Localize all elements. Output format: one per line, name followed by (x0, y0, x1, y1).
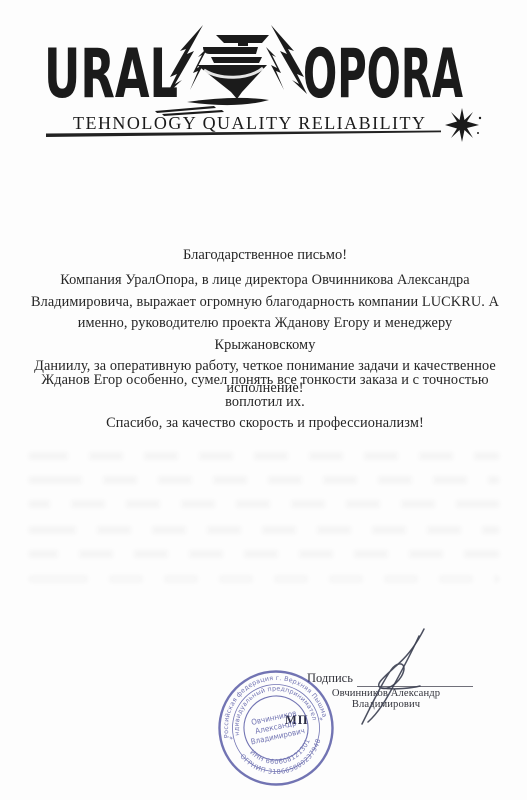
bleed-through-artifact (28, 575, 500, 583)
bleed-through-artifact (28, 500, 500, 508)
brand-wordmark-left: URAL (44, 35, 178, 114)
brand-wordmark-right: OPORA (303, 35, 463, 114)
bleed-through-artifact (28, 550, 500, 558)
letter-paragraph-3: Спасибо, за качество скорость и професси… (30, 413, 500, 435)
tagline: TEHNOLOGY QUALITY RELIABILITY (73, 113, 428, 133)
letter-paragraph-2: Жданов Егор особенно, сумел понять все т… (30, 370, 500, 413)
bleed-through-artifact (28, 476, 500, 484)
letter-page: URAL OPORA TEHNOLOGY QUALITY RELIABILITY (0, 0, 527, 800)
company-stamp: Российская федерация г. Верхняя Пышма Ин… (210, 662, 346, 798)
bleed-through-artifact (28, 526, 500, 534)
letterhead-logo: URAL OPORA TEHNOLOGY QUALITY RELIABILITY (0, 0, 527, 150)
letter-title: Благодарственное письмо! (34, 245, 496, 265)
bleed-through-artifact (28, 452, 500, 460)
lightning-right-icon (266, 25, 307, 94)
